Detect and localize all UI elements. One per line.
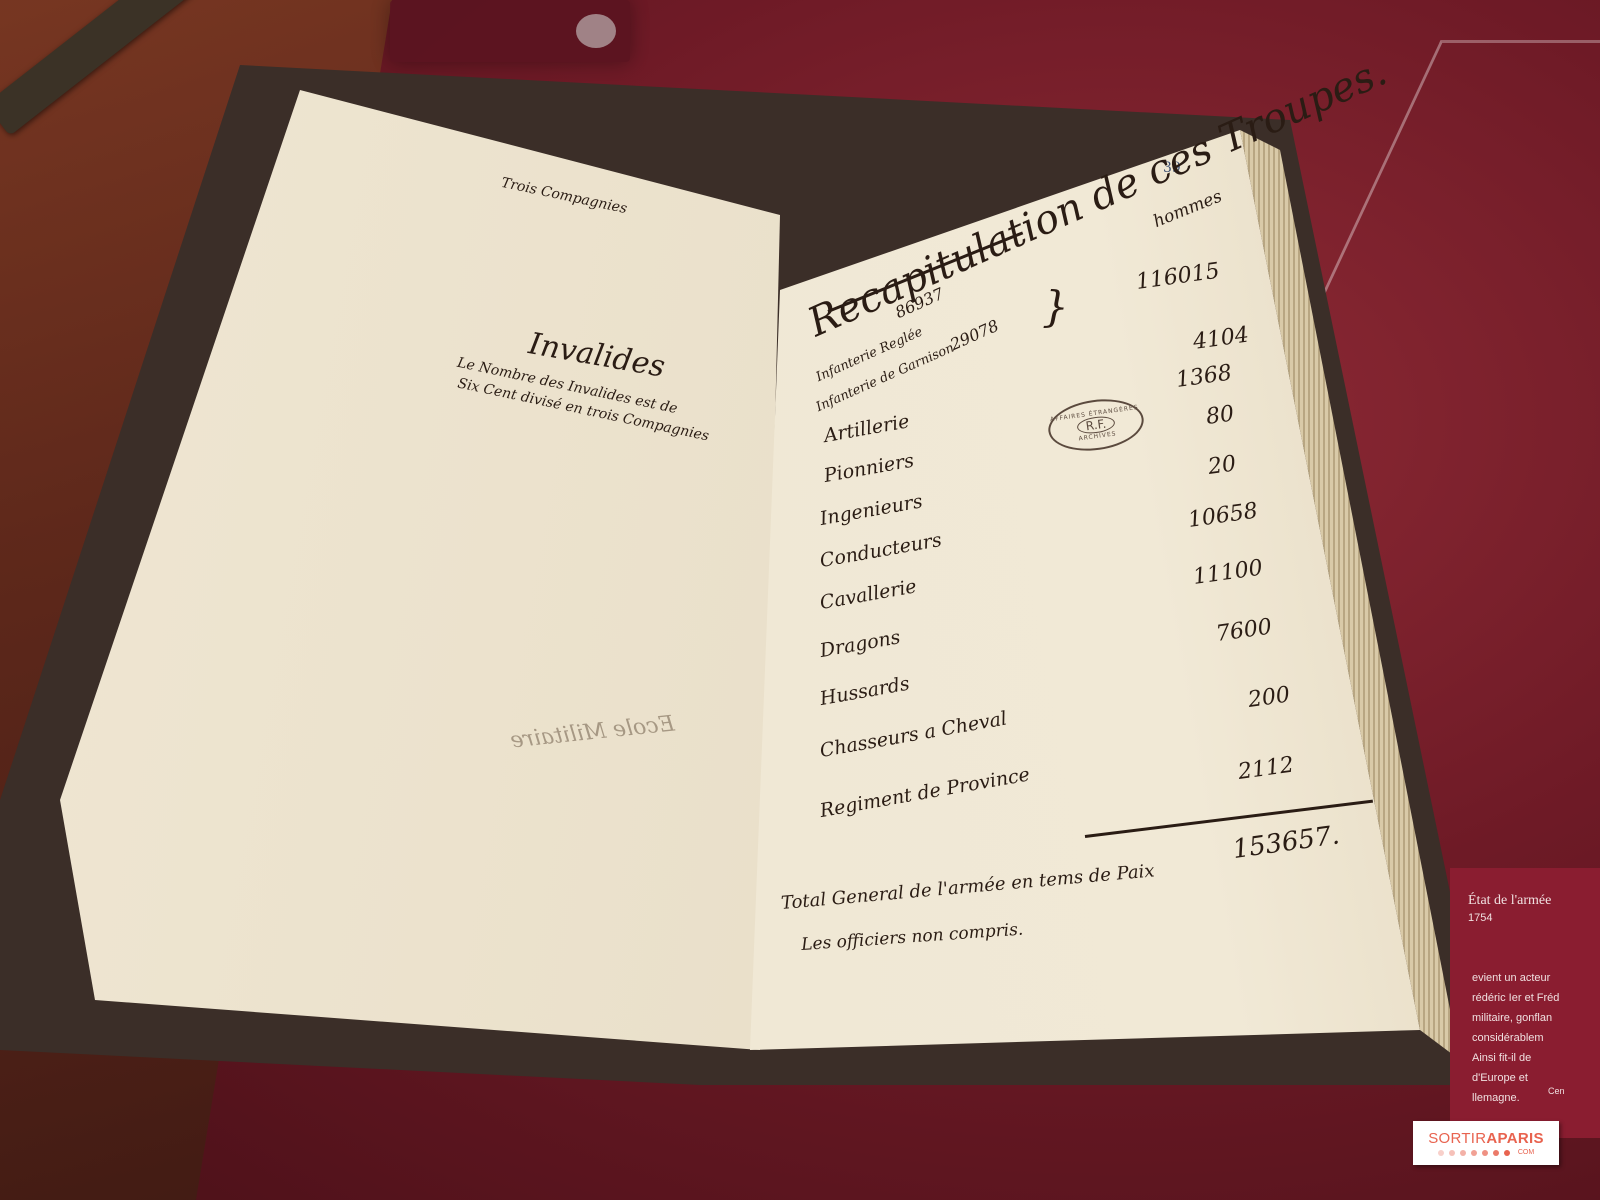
watermark-dots-icon: COM	[1438, 1149, 1534, 1156]
plaque-credit: Cen	[1548, 1086, 1565, 1096]
brace: }	[1042, 282, 1069, 331]
plaque-year: 1754	[1468, 912, 1492, 924]
sortiraparis-watermark: SORTIRAPARIS COM	[1413, 1121, 1559, 1165]
plaque-title: État de l'armée	[1468, 893, 1551, 909]
watermark-brand-bold: APARIS	[1486, 1130, 1543, 1147]
plaque-body: evient un acteur rédéric Ier et Fréd mil…	[1472, 968, 1559, 1108]
watermark-suffix: COM	[1518, 1149, 1534, 1156]
plaque-line: Ainsi fit-il de	[1472, 1048, 1559, 1068]
plaque-line: llemagne.	[1472, 1088, 1559, 1108]
plaque-line: evient un acteur	[1472, 968, 1559, 988]
museum-label-plaque: État de l'armée 1754 evient un acteur ré…	[1450, 868, 1600, 1138]
manuscript-book: Trois Compagnies Invalides Le Nombre des…	[0, 0, 1600, 1200]
watermark-brand-light: SORTIR	[1428, 1130, 1486, 1147]
row-value-ingenieurs: 80	[1205, 401, 1236, 430]
plaque-line: considérablem	[1472, 1028, 1559, 1048]
row-value-conducteurs: 20	[1207, 451, 1238, 480]
plaque-line: d'Europe et	[1472, 1068, 1559, 1088]
watermark-brand: SORTIRAPARIS	[1428, 1130, 1544, 1147]
plaque-line: rédéric Ier et Fréd	[1472, 988, 1559, 1008]
plaque-line: militaire, gonflan	[1472, 1008, 1559, 1028]
